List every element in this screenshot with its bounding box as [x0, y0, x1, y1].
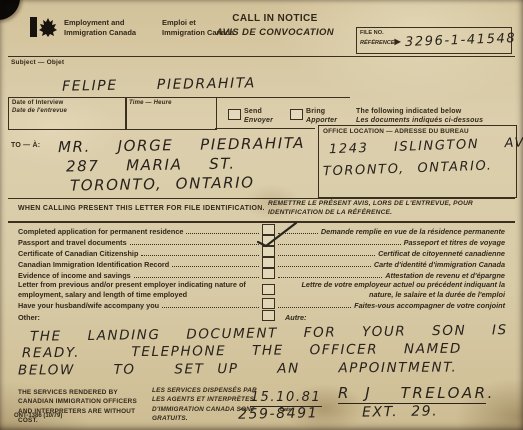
- checklist-item-en: Passport and travel documents: [18, 238, 127, 247]
- office-location-line1: 1243 ISLINGTON AVE: [329, 137, 516, 157]
- form-number: ONT-1386 (10/79): [14, 413, 62, 419]
- torn-corner: [0, 0, 20, 20]
- interview-time-label: Time — Heure: [126, 98, 216, 108]
- checklist-item-en: Letter from previous and/or present empl…: [18, 280, 252, 298]
- checkbox-item-7[interactable]: [262, 310, 275, 321]
- checklist-item-fr: Carte d'identité d'immigration Canada: [374, 260, 505, 269]
- file-number-box: FILE NO. RÉFÉRENCE▶ 3296-1-41548: [356, 27, 512, 54]
- office-location-label: OFFICE LOCATION — ADRESSE DU BUREAU: [319, 126, 516, 136]
- canada-flag-logo: [30, 17, 58, 42]
- to-line3: TORONTO, ONTARIO: [70, 175, 255, 193]
- subject-value: FELIPE PIEDRAHITA: [62, 76, 256, 93]
- send-label: SendEnvoyer: [244, 107, 273, 125]
- divider: [215, 128, 315, 129]
- interview-time-box[interactable]: Time — Heure: [125, 97, 217, 130]
- checklist-item-fr: Attestation de revenu et d'épargne: [385, 271, 505, 280]
- page-title: CALL IN NOTICE AVIS DE CONVOCATION: [185, 13, 365, 38]
- subject-label: Subject — Objet: [11, 59, 64, 67]
- checklist-row: Have your husband/wife accompany you Fai…: [18, 299, 505, 310]
- checklist-item-en: Completed application for permanent resi…: [18, 227, 183, 236]
- checklist-item-fr: Demande remplie en vue de la résidence p…: [321, 227, 505, 236]
- note-line3: BELOW TO SET UP AN APPOINTMENT.: [18, 361, 457, 378]
- checkbox-send[interactable]: [228, 109, 241, 120]
- interview-date-label: Date of Interview Date de l'entrevue: [9, 98, 126, 116]
- call-in-notice-form: Employment and Immigration Canada Emploi…: [0, 0, 523, 430]
- checkbox-item-4[interactable]: [262, 268, 275, 279]
- interview-date-box[interactable]: Date of Interview Date de l'entrevue: [8, 97, 127, 130]
- checklist-row: Letter from previous and/or present empl…: [18, 280, 505, 299]
- phone-extension: EXT. 29.: [362, 404, 439, 419]
- date-signed-value: 15.10.81: [251, 390, 322, 405]
- to-label: TO — À:: [11, 141, 40, 150]
- officer-signature: R J TRELOAR.: [338, 385, 486, 404]
- arrow-icon: ▶: [395, 37, 401, 46]
- banner-text-en: WHEN CALLING PRESENT THIS LETTER FOR FIL…: [18, 204, 265, 213]
- dotted-leader: [172, 266, 259, 267]
- banner-text-fr: REMETTRE LE PRÉSENT AVIS, LORS DE L'ENTR…: [268, 200, 510, 217]
- checklist-row: Evidence of income and savings Attestati…: [18, 269, 505, 280]
- checkbox-bring[interactable]: [290, 109, 303, 120]
- checklist-item-en: Evidence of income and savings: [18, 271, 131, 280]
- divider: [8, 56, 515, 57]
- checkbox-item-5[interactable]: [262, 284, 275, 295]
- services-notice-en: THE SERVICES RENDERED BY CANADIAN IMMIGR…: [18, 388, 140, 425]
- phone-number: 259-8491: [238, 406, 318, 421]
- checklist-item-en: Other:: [18, 313, 40, 322]
- office-location-line2: TORONTO, ONTARIO.: [323, 159, 516, 179]
- dotted-leader: [278, 307, 351, 308]
- office-location-box: OFFICE LOCATION — ADRESSE DU BUREAU 1243…: [318, 125, 517, 198]
- checklist-item-fr: Faites-vous accompagner de votre conjoin…: [354, 301, 505, 310]
- dotted-leader: [141, 255, 259, 256]
- agency-name-en: Employment and Immigration Canada: [64, 18, 136, 38]
- to-line2: 287 MARIA ST.: [66, 157, 236, 175]
- checklist-item-fr: Autre:: [285, 313, 307, 322]
- dotted-leader: [278, 266, 371, 267]
- checklist-item-en: Canadian Immigration Identification Reco…: [18, 260, 169, 269]
- corner-curl: [0, 0, 2, 2]
- dotted-leader: [130, 244, 259, 245]
- divider: [8, 198, 515, 199]
- checkmark: [252, 219, 302, 249]
- to-line1: MR. JORGE PIEDRAHITA: [58, 136, 305, 155]
- bring-label: BringApporter: [306, 107, 337, 125]
- officer-name: R J TRELOAR.: [338, 384, 495, 402]
- checklist-item-fr: Passeport et titres de voyage: [404, 238, 505, 247]
- checklist-item-en: Have your husband/wife accompany you: [18, 301, 159, 310]
- checkbox-item-6[interactable]: [262, 298, 275, 309]
- checklist-item-fr: Certificat de citoyenneté canadienne: [378, 249, 505, 258]
- checklist-item-en: Certificate of Canadian Citizenship: [18, 249, 138, 258]
- file-number-label: FILE NO. RÉFÉRENCE▶: [360, 30, 401, 48]
- dotted-leader: [162, 307, 259, 308]
- following-indicated-label: The following indicated belowLes documen…: [356, 107, 483, 125]
- file-number-value: 3296-1-41548: [405, 32, 517, 49]
- checklist-row: Other: Autre:: [18, 310, 505, 322]
- dotted-leader: [134, 277, 259, 278]
- checklist-item-fr: Lettre de votre employeur actuel ou préc…: [285, 280, 505, 298]
- note-line2: READY. TELEPHONE THE OFFICER NAMED: [22, 343, 462, 361]
- dotted-leader: [186, 233, 259, 234]
- checkbox-item-3[interactable]: [262, 257, 275, 268]
- dotted-leader: [278, 255, 375, 256]
- dotted-leader: [278, 277, 382, 278]
